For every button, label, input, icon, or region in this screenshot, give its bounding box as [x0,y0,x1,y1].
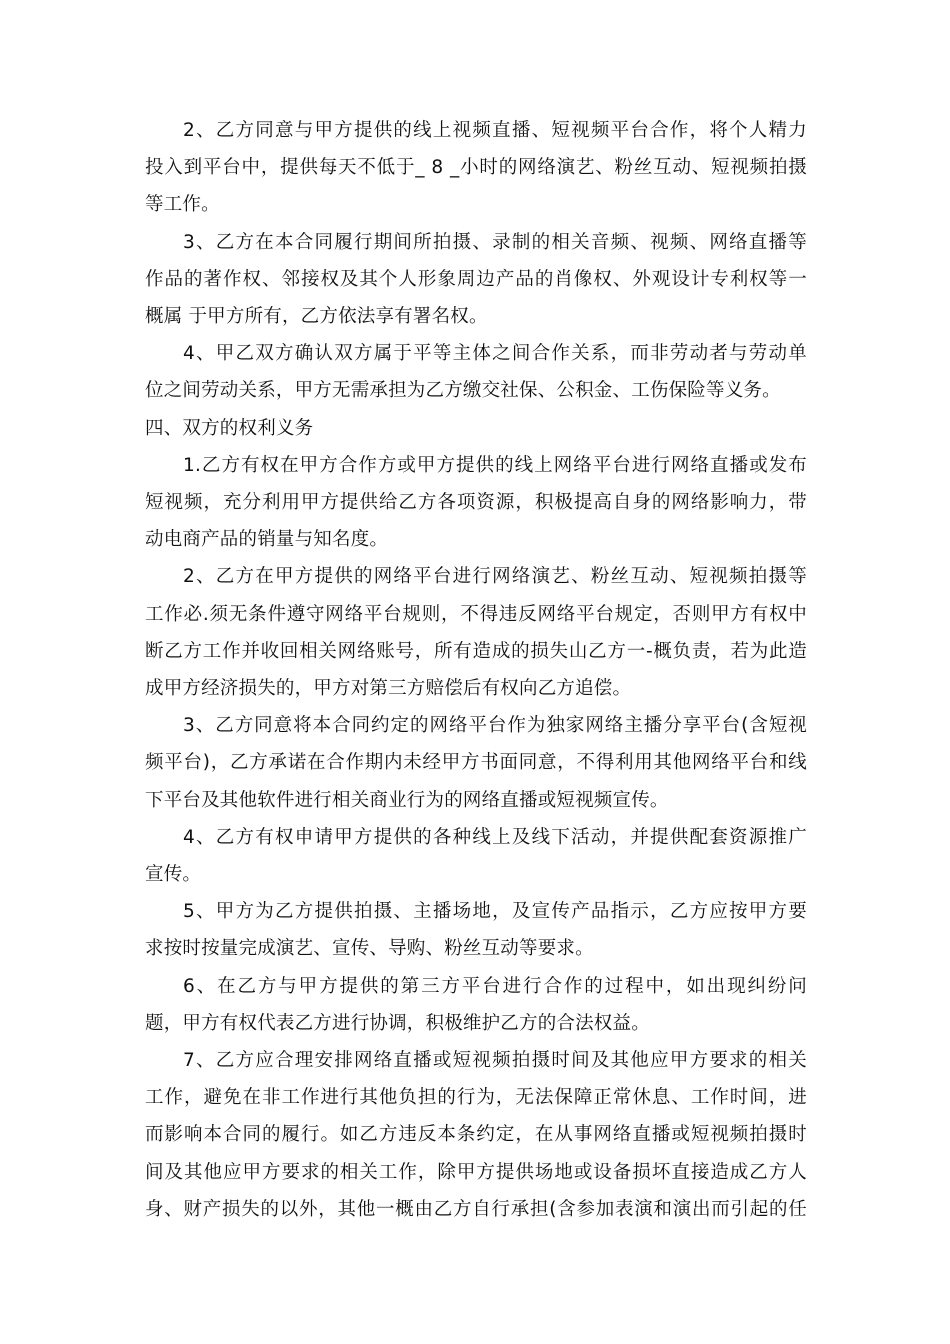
clause-4-4: 4、乙方有权申请甲方提供的各种线上及线下活动，并提供配套资源推广 宣传。 [145,819,807,893]
text-line: 2、乙方在甲方提供的网络平台进行网络演艺、粉丝互动、短视频拍摄等 [145,558,807,595]
text-line: 7、乙方应合理安排网络直播或短视频拍摄时间及其他应甲方要求的相关 [145,1042,807,1079]
text-line: 5、甲方为乙方提供拍摄、主播场地，及宣传产品指示，乙方应按甲方要 [145,893,807,930]
text-line: 工作，避免在非工作进行其他负担的行为，无法保障正常休息、工作时间，进 [145,1079,807,1116]
text-line: 短视频，充分利用甲方提供给乙方各项资源，积极提高自身的网络影响力，带 [145,484,807,521]
section-heading: 四、双方的权利义务 [145,410,807,447]
clause-4-2: 2、乙方在甲方提供的网络平台进行网络演艺、粉丝互动、短视频拍摄等 工作必.须无条… [145,558,807,707]
text-line: 4、甲乙双方确认双方属于平等主体之间合作关系，而非劳动者与劳动单 [145,335,807,372]
text-line: 投入到平台中，提供每天不低于_ 8 _小时的网络演艺、粉丝互动、短视频拍摄 [145,149,807,186]
text-line: 等工作。 [145,186,807,223]
text-line: 成甲方经济损失的，甲方对第三方赔偿后有权向乙方追偿。 [145,670,807,707]
text-line: 作品的著作权、邻接权及其个人形象周边产品的肖像权、外观设计专利权等一 [145,261,807,298]
clause-4-6: 6、在乙方与甲方提供的第三方平台进行合作的过程中，如出现纠纷问 题，甲方有权代表… [145,968,807,1042]
text-line: 身、财产损失的以外，其他一概由乙方自行承担(含参加表演和演出而引起的任 [145,1191,807,1228]
text-line: 间及其他应甲方要求的相关工作，除甲方提供场地或设备损坏直接造成乙方人 [145,1154,807,1191]
text-line: 工作必.须无条件遵守网络平台规则，不得违反网络平台规定，否则甲方有权中 [145,596,807,633]
text-line: 位之间劳动关系，甲方无需承担为乙方缴交社保、公积金、工伤保险等义务。 [145,372,807,409]
text-line: 求按时按量完成演艺、宣传、导购、粉丝互动等要求。 [145,930,807,967]
text-line: 概属 于甲方所有，乙方依法享有署名权。 [145,298,807,335]
text-line: 题，甲方有权代表乙方进行协调，积极维护乙方的合法权益。 [145,1005,807,1042]
clause-4-5: 5、甲方为乙方提供拍摄、主播场地，及宣传产品指示，乙方应按甲方要 求按时按量完成… [145,893,807,967]
clause-4-1: 1.乙方有权在甲方合作方或甲方提供的线上网络平台进行网络直播或发布 短视频，充分… [145,447,807,559]
text-line: 动电商产品的销量与知名度。 [145,521,807,558]
text-line: 而影响本合同的履行。如乙方违反本条约定，在从事网络直播或短视频拍摄时 [145,1116,807,1153]
text-line: 3、乙方在本合同履行期间所拍摄、录制的相关音频、视频、网络直播等 [145,224,807,261]
text-line: 4、乙方有权申请甲方提供的各种线上及线下活动，并提供配套资源推广 [145,819,807,856]
text-line: 3、乙方同意将本合同约定的网络平台作为独家网络主播分享平台(含短视 [145,707,807,744]
text-line: 断乙方工作并收回相关网络账号，所有造成的损失山乙方一-概负责，若为此造 [145,633,807,670]
document-page: 2、乙方同意与甲方提供的线上视频直播、短视频平台合作，将个人精力 投入到平台中，… [145,112,807,1228]
text-line: 2、乙方同意与甲方提供的线上视频直播、短视频平台合作，将个人精力 [145,112,807,149]
text-line: 下平台及其他软件进行相关商业行为的网络直播或短视频宣传。 [145,782,807,819]
clause-3-4: 4、甲乙双方确认双方属于平等主体之间合作关系，而非劳动者与劳动单 位之间劳动关系… [145,335,807,409]
text-line: 1.乙方有权在甲方合作方或甲方提供的线上网络平台进行网络直播或发布 [145,447,807,484]
clause-3-2: 2、乙方同意与甲方提供的线上视频直播、短视频平台合作，将个人精力 投入到平台中，… [145,112,807,224]
text-line: 频平台)，乙方承诺在合作期内未经甲方书面同意，不得利用其他网络平台和线 [145,744,807,781]
clause-4-7: 7、乙方应合理安排网络直播或短视频拍摄时间及其他应甲方要求的相关 工作，避免在非… [145,1042,807,1228]
clause-4-3: 3、乙方同意将本合同约定的网络平台作为独家网络主播分享平台(含短视 频平台)，乙… [145,707,807,819]
text-line: 6、在乙方与甲方提供的第三方平台进行合作的过程中，如出现纠纷问 [145,968,807,1005]
section-heading-rights-obligations: 四、双方的权利义务 [145,410,807,447]
clause-3-3: 3、乙方在本合同履行期间所拍摄、录制的相关音频、视频、网络直播等 作品的著作权、… [145,224,807,336]
text-line: 宣传。 [145,856,807,893]
